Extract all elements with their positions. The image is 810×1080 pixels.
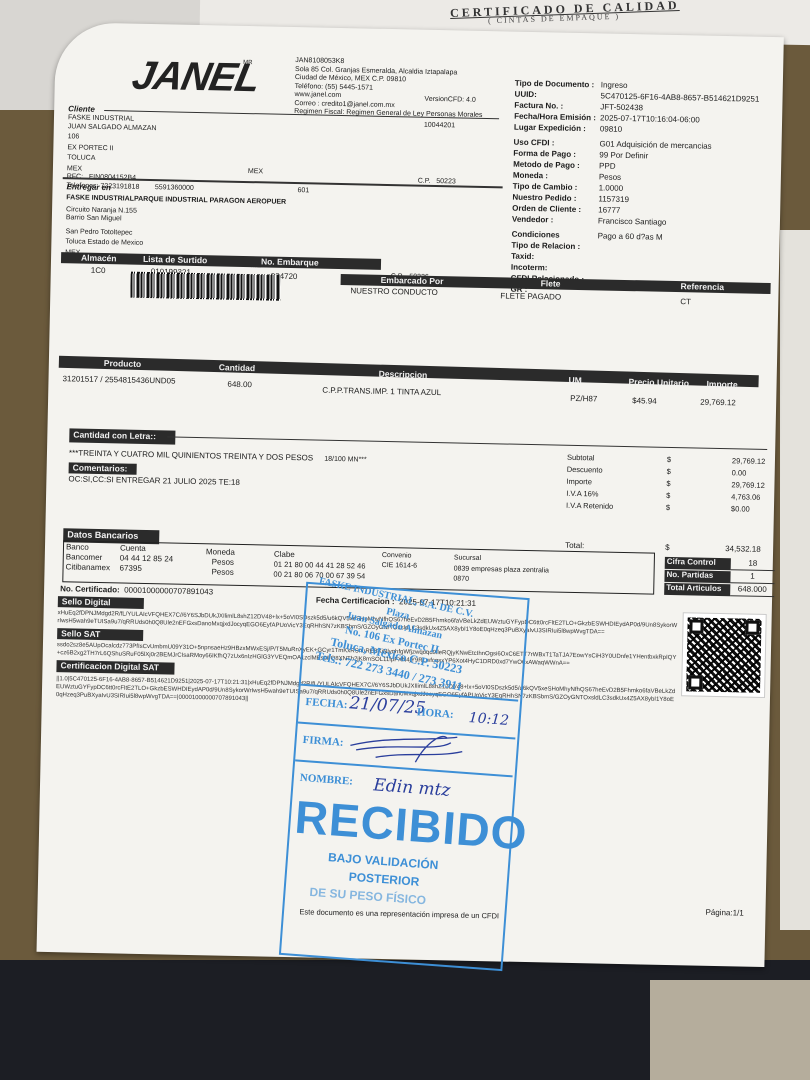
header-almacen: Almacén [81, 253, 117, 264]
bank-row-convenio: CIE 1614-6 [382, 562, 418, 570]
document-info-value: Pesos [599, 172, 621, 181]
certificate-number-label: No. Certificado: [60, 584, 120, 594]
control-label: No. Partidas [664, 570, 730, 583]
control-row: No. Partidas1 [664, 570, 774, 584]
header-lista-surtido: Lista de Surtido [143, 254, 207, 265]
delivery-name: FASKE INDUSTRIALPARQUE INDUSTRIAL PARAGO… [66, 194, 286, 207]
control-value: 18 [731, 558, 775, 571]
document-info-value: 1.0000 [599, 183, 624, 193]
totals-label: Subtotal [567, 453, 595, 463]
comments-text: OC:SI,CC:SI ENTREGAR 21 JULIO 2025 TE:18 [68, 474, 240, 487]
stamp-sub-2: POSTERIOR [348, 870, 420, 889]
stamp-sub-3: DE SU PESO FÍSICO [309, 885, 426, 908]
cert-sat-label: Certificacion Digital SAT [56, 660, 174, 674]
qr-finder [688, 675, 702, 689]
document-info-label: Vendedor : [512, 215, 598, 226]
shipping-header-bar: Almacén Lista de Surtido No. Embarque [61, 252, 381, 270]
document-info-label: Uso CFDI : [513, 138, 599, 149]
header-precio-unitario: Precio Unitario [628, 377, 689, 389]
regimen-code: 601 [297, 187, 309, 196]
control-row: Cifra Control18 [665, 557, 775, 571]
totals-value: $0.00 [731, 504, 750, 513]
totals-currency: $ [666, 503, 670, 512]
bank-row-cuenta: 67395 [119, 563, 141, 572]
client-number: 106 [67, 133, 194, 144]
stamp-firma-label: FIRMA: [302, 734, 344, 749]
bank-header-clabe: Clabe [274, 550, 295, 559]
document-info-value: 16777 [598, 205, 620, 214]
document-info-label: Metodo de Pago : [513, 160, 599, 171]
document-info-label: Taxid: [511, 252, 597, 263]
qr-code [682, 613, 766, 697]
amount-words-text: ***TREINTA Y CUATRO MIL QUINIENTOS TREIN… [69, 448, 313, 462]
header-embarcado-por: Embarcado Por [381, 275, 444, 286]
totals-value: 29,769.12 [731, 480, 765, 490]
document-info-label: Fecha/Hora Emisión : [514, 112, 600, 123]
header-producto: Producto [104, 358, 142, 369]
stamp-fecha-value: 21/07/25 [349, 693, 427, 719]
cell-descripcion: C.P.P.TRANS.IMP. 1 TINTA AZUL [322, 386, 441, 397]
totals-value: 29,769.12 [732, 456, 766, 466]
almacen-value: 1C0 [91, 266, 106, 275]
qr-finder [689, 619, 703, 633]
client-info: FASKE INDUSTRIAL JUAN SALGADO ALMAZAN 10… [66, 114, 195, 193]
flete-value: FLETE PAGADO [500, 291, 561, 301]
document-info-label: Tipo de Cambio : [513, 182, 599, 193]
bank-header-convenio: Convenio [382, 552, 412, 560]
background-floor [650, 980, 810, 1080]
header-flete: Flete [541, 278, 561, 288]
page-number: Página:1/1 [705, 908, 743, 918]
totals-currency: $ [666, 479, 670, 488]
document-info-label: Forma de Pago : [513, 149, 599, 160]
totals-label: Importe [566, 477, 592, 487]
certificate-number-value: 00001000000707891043 [124, 586, 213, 597]
control-value: 648.000 [730, 584, 774, 597]
referencia-value: CT [680, 297, 691, 306]
cell-precio: $45.94 [632, 396, 657, 406]
client-id: 10044201 [424, 122, 455, 131]
stamp-hora-label: HORA: [417, 706, 454, 721]
embarcado-por-value: NUESTRO CONDUCTO [350, 286, 438, 297]
cell-um: PZ/H87 [570, 394, 597, 404]
bank-header-banco: Banco [66, 542, 89, 551]
client-colony: EX PORTEC II [67, 144, 194, 155]
document-info-value: 99 Por Definir [599, 150, 648, 160]
bank-header-sucursal: Sucursal [454, 554, 481, 562]
client-phone-2: 5591360000 [155, 184, 194, 192]
totals-block: Subtotal$29,769.12Descuento$0.00Importe$… [566, 453, 767, 517]
header-descripcion: Descripcion [379, 369, 428, 380]
grand-total: Total: $ 34,532.18 [565, 541, 765, 545]
document-info-label: Tipo de Relacion : [511, 241, 597, 252]
certificate-number: No. Certificado: 00001000000707891043 [60, 584, 213, 596]
document-info-value: JFT-502438 [600, 102, 643, 112]
qr-finder [745, 621, 759, 635]
control-label: Total Articulos [664, 583, 730, 596]
totals-label: Descuento [567, 465, 603, 475]
logo-trademark: MR [243, 60, 252, 66]
header-cantidad: Cantidad [219, 362, 256, 373]
signature-scribble [345, 725, 467, 768]
cell-cantidad: 648.00 [227, 380, 252, 390]
document-info-value: Francisco Santiago [598, 216, 667, 226]
header-no-embarque: No. Embarque [261, 256, 319, 267]
document-info-label: Nuestro Pedido : [512, 193, 598, 204]
document-info-label: Tipo de Documento : [515, 79, 601, 90]
stamp-fecha-label: FECHA: [305, 696, 348, 711]
document-info-value: 09810 [600, 124, 622, 133]
document-info-label: Orden de Cliente : [512, 204, 598, 215]
grand-total-currency: $ [665, 543, 670, 552]
totals-currency: $ [667, 455, 671, 464]
document-info: Tipo de Documento :IngresoUUID:5C470125-… [510, 78, 759, 300]
document-info-value: PPD [599, 161, 616, 170]
totals-currency: $ [666, 491, 670, 500]
document-info-label: Moneda : [513, 171, 599, 182]
delivery-section-label: Entregar en [66, 182, 111, 192]
document-info-label: Incoterm: [511, 263, 597, 274]
sello-digital-label: Sello Digital [58, 596, 144, 609]
amount-words-cents: 18/100 MN*** [324, 456, 367, 464]
sello-sat-label: Sello SAT [57, 628, 143, 641]
stamp-hora-value: 10:12 [468, 710, 509, 729]
bank-row-cuenta: 04 44 12 85 24 [120, 553, 174, 563]
control-row: Total Articulos648.000 [664, 583, 774, 597]
bank-row-clabe: 01 21 80 00 44 41 28 52 46 [274, 560, 366, 571]
document-info-label: Factura No. : [514, 101, 600, 112]
totals-label: I.V.A 16% [566, 489, 598, 499]
grand-total-label: Total: [565, 541, 584, 550]
amount-words: ***TREINTA Y CUATRO MIL QUINIENTOS TREIN… [69, 448, 367, 463]
divider [167, 436, 767, 450]
totals-value: 4,763.06 [731, 492, 760, 502]
document-info-value: Pago a 60 d?as M [598, 231, 663, 241]
control-label: Cifra Control [665, 557, 731, 570]
grand-total-value: 34,532.18 [725, 544, 761, 554]
bank-row-banco: Citibanamex [65, 562, 110, 572]
stamp-nombre-label: NOMBRE: [299, 772, 353, 788]
cell-importe: 29,769.12 [700, 398, 736, 408]
bank-row-moneda: Pesos [211, 567, 233, 576]
header-referencia: Referencia [681, 281, 725, 292]
document-info-label: UUID: [514, 90, 600, 101]
issuer-info: JAN8108053K8 Sola 85 Col. Granjas Esmera… [294, 57, 484, 120]
document-info-label: Condiciones [512, 230, 598, 241]
header-um: UM [568, 375, 582, 385]
control-value: 1 [730, 571, 774, 584]
client-state: MEX [248, 168, 263, 177]
bank-row-sucursal: 0839 empresas plaza zentralia [454, 565, 549, 574]
totals-label: I.V.A Retenido [566, 501, 613, 511]
bank-header-cuenta: Cuenta [120, 543, 146, 553]
totals-currency: $ [667, 467, 671, 476]
document-info-label: Lugar Expedición : [514, 123, 600, 134]
client-city: TOLUCA [67, 154, 194, 165]
document-info-value: 1157319 [598, 194, 629, 204]
totals-value: 0.00 [732, 468, 747, 477]
cfd-version: VersionCFD: 4.0 [424, 96, 475, 104]
bank-row-sucursal: 0870 [453, 575, 469, 582]
stamp-sub-1: BAJO VALIDACIÓN [328, 850, 439, 872]
bank-row-banco: Bancomer [66, 552, 103, 562]
background-sheet-right [780, 230, 810, 930]
cell-producto: 31201517 / 2554815436UND05 [62, 374, 175, 385]
client-contact: JUAN SALGADO ALMAZAN [68, 123, 195, 134]
control-block: Cifra Control18No. Partidas1Total Articu… [664, 557, 775, 598]
document-info-value: Ingreso [601, 80, 628, 90]
client-section-label: Cliente [68, 104, 95, 114]
comments-label: Comentarios: [69, 462, 137, 474]
bank-row-moneda: Pesos [212, 557, 234, 566]
barcode [130, 272, 281, 301]
amount-words-label: Cantidad con Letra:: [69, 428, 175, 444]
bank-header-moneda: Moneda [206, 547, 235, 557]
delivery-info: FASKE INDUSTRIALPARQUE INDUSTRIAL PARAGO… [65, 194, 286, 262]
invoice-page: JANEL MR JAN8108053K8 Sola 85 Col. Granj… [37, 22, 784, 967]
header-importe: Importe [706, 379, 737, 390]
